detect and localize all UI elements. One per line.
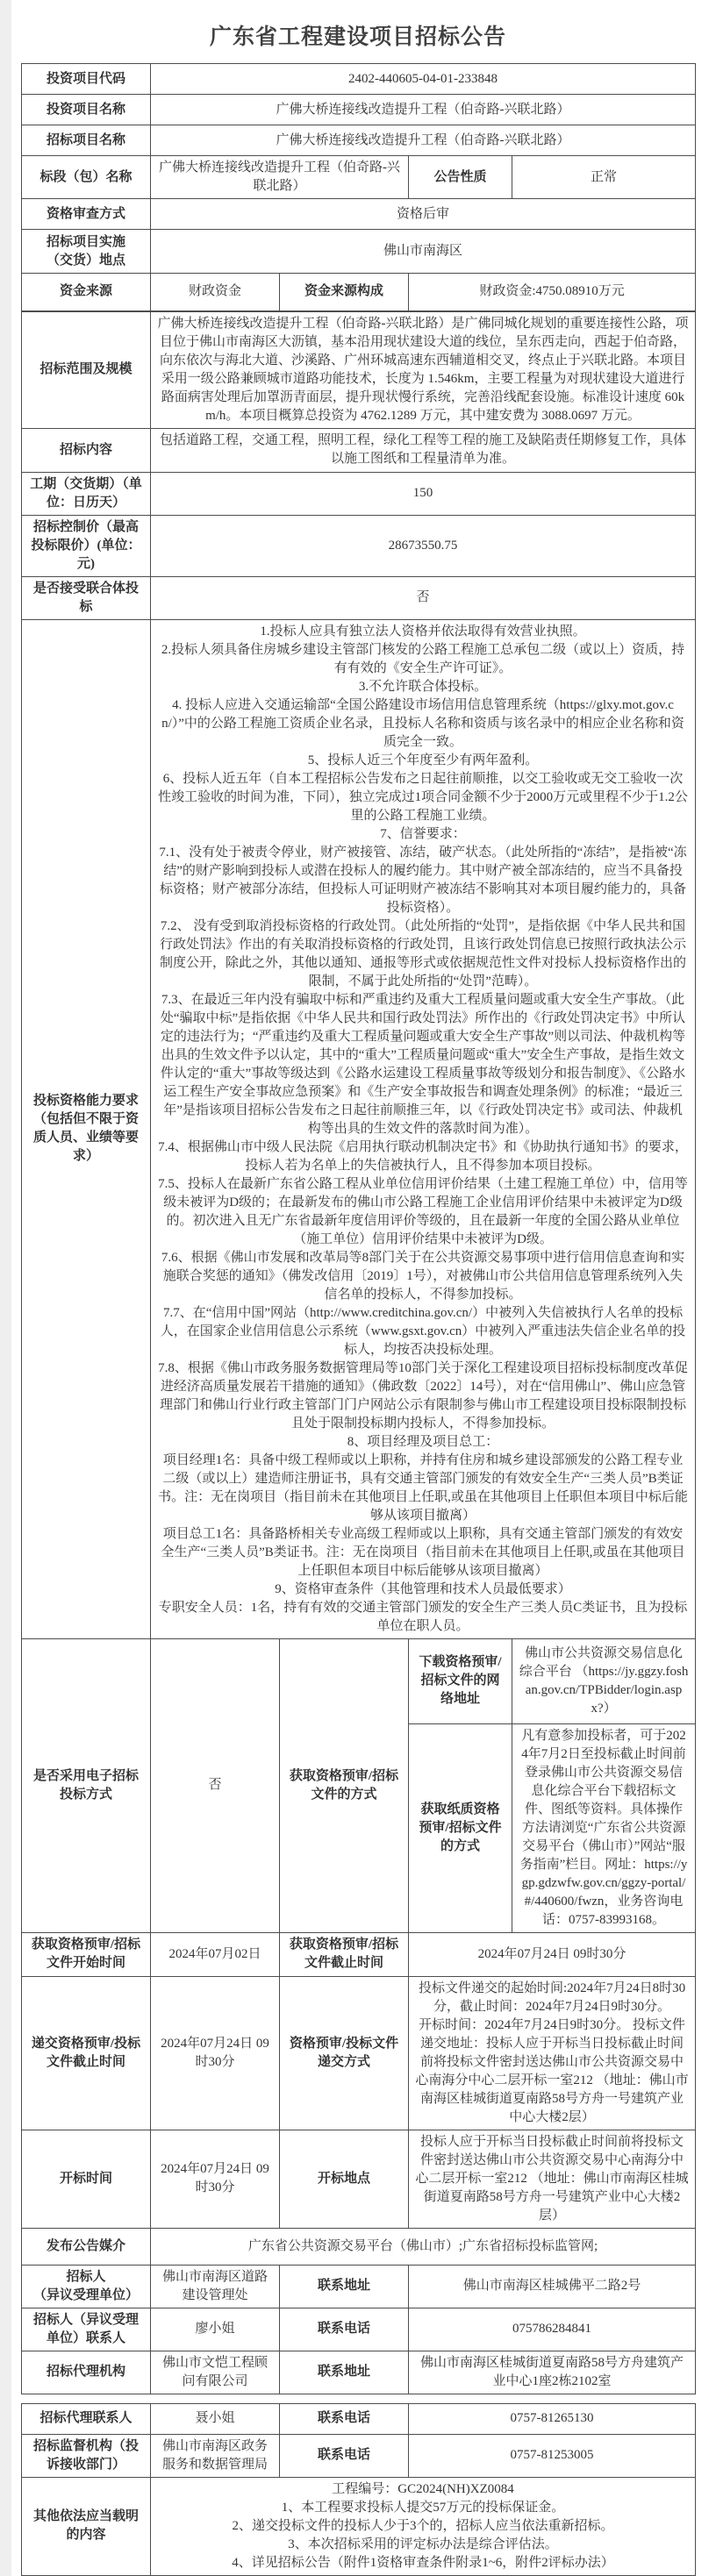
opening-place-label: 开标地点 [280,2130,409,2228]
table-row: 招标范围及规模 广佛大桥连接线改造提升工程（伯奇路-兴联北路）是广佛同城化规划的… [22,311,696,429]
table-row: 是否接受联合体投标 否 [22,576,696,619]
doc-deadline-value: 2024年07月24日 09时30分 [409,1932,696,1976]
table-row: 投资项目代码 2402-440605-04-01-233848 [22,64,696,95]
content-value: 包括道路工程，交通工程，照明工程，绿化工程等工程的施工及缺陷责任期修复工作，具体… [151,428,696,472]
table-row: 其他依法应当载明的内容 工程编号：GC2024(NH)XZ0084 1、本工程要… [22,2477,696,2575]
notice-nature-label: 公告性质 [409,156,512,199]
content-label: 招标内容 [22,428,151,472]
announcement-table: 投资项目代码 2402-440605-04-01-233848 投资项目名称 广… [21,63,696,2394]
paper-method-value: 凡有意参加投标者，可于2024年7月2日至投标截止时间前登录佛山市公共资源交易信… [512,1723,696,1932]
scope-label: 招标范围及规模 [22,311,151,429]
table-row: 招标代理联系人 聂小姐 联系电话 0757-81265130 [22,2403,696,2434]
tenderer-address-label: 联系地址 [280,2265,409,2308]
tender-name-label: 招标项目名称 [22,125,151,156]
table-row: 招标人 （异议受理单位） 佛山市南海区道路建设管理处 联系地址 佛山市南海区桂城… [22,2265,696,2308]
qualification-review-value: 资格后审 [151,199,696,230]
table-row: 工期（交货期）（单位：日历天） 150 [22,472,696,515]
agency-value: 佛山市文恺工程顾问有限公司 [151,2351,280,2394]
agency-contact-value: 聂小姐 [151,2403,280,2434]
tender-name-value: 广佛大桥连接线改造提升工程（伯奇路-兴联北路） [151,125,696,156]
notice-nature-value: 正常 [512,156,696,199]
qualification-review-label: 资格审查方式 [22,199,151,230]
tenderer-address-value: 佛山市南海区桂城佛平二路2号 [409,2265,696,2308]
supervisor-label: 招标监督机构（投诉接收部门） [22,2434,151,2477]
table-row: 递交资格预审/投标文件截止时间 2024年07月24日 09时30分 资格预审/… [22,1976,696,2130]
electronic-value: 否 [151,1638,280,1932]
consortium-value: 否 [151,576,696,619]
project-code-value: 2402-440605-04-01-233848 [151,64,696,95]
submission-deadline-value: 2024年07月24日 09时30分 [151,1976,280,2130]
price-limit-value: 28673550.75 [151,515,696,576]
table-row: 招标内容 包括道路工程，交通工程，照明工程，绿化工程等工程的施工及缺陷责任期修复… [22,428,696,472]
table-gap [11,2394,716,2403]
location-label: 招标项目实施 （交货）地点 [22,230,151,274]
document-panel: 广东省工程建设项目招标公告 投资项目代码 2402-440605-04-01-2… [11,0,716,2576]
paper-method-label: 获取纸质资格预审/招标文件的方式 [409,1723,512,1932]
media-value: 广东省公共资源交易平台（佛山市）;广东省招标投标监管网; [151,2228,696,2265]
table-row: 是否采用电子招标投标方式 否 获取资格预审/招标文件的方式 下载资格预审/招标文… [22,1638,696,1723]
price-limit-label: 招标控制价（最高投标限价）(单位：元) [22,515,151,576]
agency-contact-label: 招标代理联系人 [22,2403,151,2434]
opening-time-value: 2024年07月24日 09时30分 [151,2130,280,2228]
funds-composition-value: 财政资金:4750.08910万元 [409,274,696,311]
qualification-label: 投标资格能力要求（包括但不限于资质人员、业绩等要求） [22,619,151,1638]
supervisor-value: 佛山市南海区政务服务和数据管理局 [151,2434,280,2477]
funds-value: 财政资金 [151,274,280,311]
submission-method-label: 资格预审/投标文件递交方式 [280,1976,409,2130]
tenderer-contact-value: 廖小姐 [151,2308,280,2351]
tenderer-contact-label: 招标人（异议受理单位）联系人 [22,2308,151,2351]
other-label: 其他依法应当载明的内容 [22,2477,151,2575]
supervisor-phone-label: 联系电话 [280,2434,409,2477]
table-row: 招标项目名称 广佛大桥连接线改造提升工程（伯奇路-兴联北路） [22,125,696,156]
table-row: 招标人（异议受理单位）联系人 廖小姐 联系电话 075786284841 [22,2308,696,2351]
tenderer-value: 佛山市南海区道路建设管理处 [151,2265,280,2308]
agency-phone-label: 联系电话 [280,2403,409,2434]
download-address-label: 下载资格预审/招标文件的网络地址 [409,1638,512,1723]
scope-value: 广佛大桥连接线改造提升工程（伯奇路-兴联北路）是广佛同城化规划的重要连接性公路，… [151,311,696,429]
agency-phone-value: 0757-81265130 [409,2403,696,2434]
project-code-label: 投资项目代码 [22,64,151,95]
section-value: 广佛大桥连接线改造提升工程（伯奇路-兴联北路） [151,156,409,199]
doc-start-label: 获取资格预审/招标文件开始时间 [22,1932,151,1976]
table-row: 招标代理机构 佛山市文恺工程顾问有限公司 联系地址 佛山市南海区桂城街道夏南路5… [22,2351,696,2394]
table-row: 开标时间 2024年07月24日 09时30分 开标地点 投标人应于开标当日投标… [22,2130,696,2228]
table-row: 投资项目名称 广佛大桥连接线改造提升工程（伯奇路-兴联北路） [22,95,696,125]
other-value: 工程编号：GC2024(NH)XZ0084 1、本工程要求投标人提交57万元的投… [151,2477,696,2575]
doc-deadline-label: 获取资格预审/招标文件截止时间 [280,1932,409,1976]
submission-method-value: 投标文件递交的起始时间:2024年7月24日8时30分，截止时间：2024年7月… [409,1976,696,2130]
tenderer-phone-label: 联系电话 [280,2308,409,2351]
invest-name-value: 广佛大桥连接线改造提升工程（伯奇路-兴联北路） [151,95,696,125]
submission-deadline-label: 递交资格预审/投标文件截止时间 [22,1976,151,2130]
duration-label: 工期（交货期）（单位：日历天） [22,472,151,515]
table-row: 资格审查方式 资格后审 [22,199,696,230]
funds-composition-label: 资金来源构成 [280,274,409,311]
funds-label: 资金来源 [22,274,151,311]
agency-address-label: 联系地址 [280,2351,409,2394]
supervisor-phone-value: 0757-81253005 [409,2434,696,2477]
table-row: 招标项目实施 （交货）地点 佛山市南海区 [22,230,696,274]
doc-method-label: 获取资格预审/招标文件的方式 [280,1638,409,1932]
table-row: 获取资格预审/招标文件开始时间 2024年07月02日 获取资格预审/招标文件截… [22,1932,696,1976]
media-label: 发布公告媒介 [22,2228,151,2265]
consortium-label: 是否接受联合体投标 [22,576,151,619]
tenderer-label: 招标人 （异议受理单位） [22,2265,151,2308]
table-row: 资金来源 财政资金 资金来源构成 财政资金:4750.08910万元 [22,274,696,311]
page-title: 广东省工程建设项目招标公告 [21,0,695,51]
agency-label: 招标代理机构 [22,2351,151,2394]
download-address-value: 佛山市公共资源交易信息化综合平台 （https://jy.ggzy.foshan… [512,1638,696,1723]
tenderer-phone-value: 075786284841 [409,2308,696,2351]
table-row: 投标资格能力要求（包括但不限于资质人员、业绩等要求） 1.投标人应具有独立法人资… [22,619,696,1638]
opening-place-value: 投标人应于开标当日投标截止时间前将投标文件密封送达佛山市公共资源交易中心南海分中… [409,2130,696,2228]
announcement-table-bottom: 招标代理联系人 聂小姐 联系电话 0757-81265130 招标监督机构（投诉… [21,2403,696,2576]
section-label: 标段（包）名称 [22,156,151,199]
table-row: 标段（包）名称 广佛大桥连接线改造提升工程（伯奇路-兴联北路） 公告性质 正常 [22,156,696,199]
opening-time-label: 开标时间 [22,2130,151,2228]
table-row: 发布公告媒介 广东省公共资源交易平台（佛山市）;广东省招标投标监管网; [22,2228,696,2265]
table-row: 招标监督机构（投诉接收部门） 佛山市南海区政务服务和数据管理局 联系电话 075… [22,2434,696,2477]
invest-name-label: 投资项目名称 [22,95,151,125]
table-row: 招标控制价（最高投标限价）(单位：元) 28673550.75 [22,515,696,576]
duration-value: 150 [151,472,696,515]
qualification-value: 1.投标人应具有独立法人资格并依法取得有效营业执照。 2.投标人须具备住房城乡建… [151,619,696,1638]
agency-address-value: 佛山市南海区桂城街道夏南路58号方舟建筑产业中心1座2栋2102室 [409,2351,696,2394]
doc-start-value: 2024年07月02日 [151,1932,280,1976]
location-value: 佛山市南海区 [151,230,696,274]
electronic-label: 是否采用电子招标投标方式 [22,1638,151,1932]
